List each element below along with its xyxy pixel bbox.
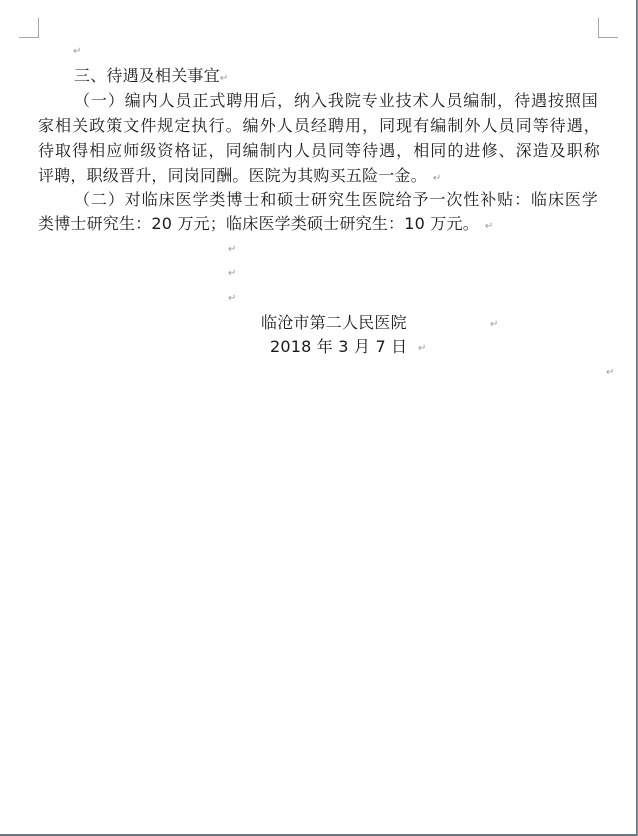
signature-date: 2018 年 3 月 7 日 [270,335,407,359]
top-left-margin-marker [19,18,39,38]
section-heading: 三、待遇及相关事宜↵ [74,64,228,88]
paragraph-mark-icon: ↵ [433,173,442,184]
paragraph-mark-icon: ↵ [490,320,498,330]
paragraph-mark-icon: ↵ [228,245,236,255]
top-right-margin-marker [598,18,618,38]
paragraph-line: （一）编内人员正式聘用后，纳入我院专业技术人员编制，待遇按照国 [74,89,598,113]
paragraph-mark-icon: ↵ [418,344,426,354]
paragraph-mark-icon: ↵ [485,221,494,232]
paragraph-line: （二）对临床医学类博士和硕士研究生医院给予一次性补贴：临床医学 [74,188,598,212]
paragraph-mark-icon: ↵ [606,368,614,378]
paragraph-mark-icon: ↵ [228,269,236,279]
paragraph-mark-icon: ↵ [220,73,229,84]
signature-organization: 临沧市第二人民医院 [261,311,407,335]
paragraph-line-last: 类博士研究生：20 万元；临床医学类硕士研究生：10 万元。↵ [38,212,494,236]
document-page[interactable]: ↵ 三、待遇及相关事宜↵ （一）编内人员正式聘用后，纳入我院专业技术人员编制，待… [0,0,637,836]
paragraph-line: 家相关政策文件规定执行。编外人员经聘用，同现有编制外人员同等待遇， [38,114,600,138]
paragraph-line: 待取得相应师级资格证，同编制内人员同等待遇，相同的进修、深造及职称 [38,139,600,163]
paragraph-mark-icon: ↵ [228,294,236,304]
paragraph-line-last: 评聘，职级晋升，同岗同酬。医院为其购买五险一金。↵ [38,164,441,188]
paragraph-mark-icon: ↵ [73,47,81,57]
